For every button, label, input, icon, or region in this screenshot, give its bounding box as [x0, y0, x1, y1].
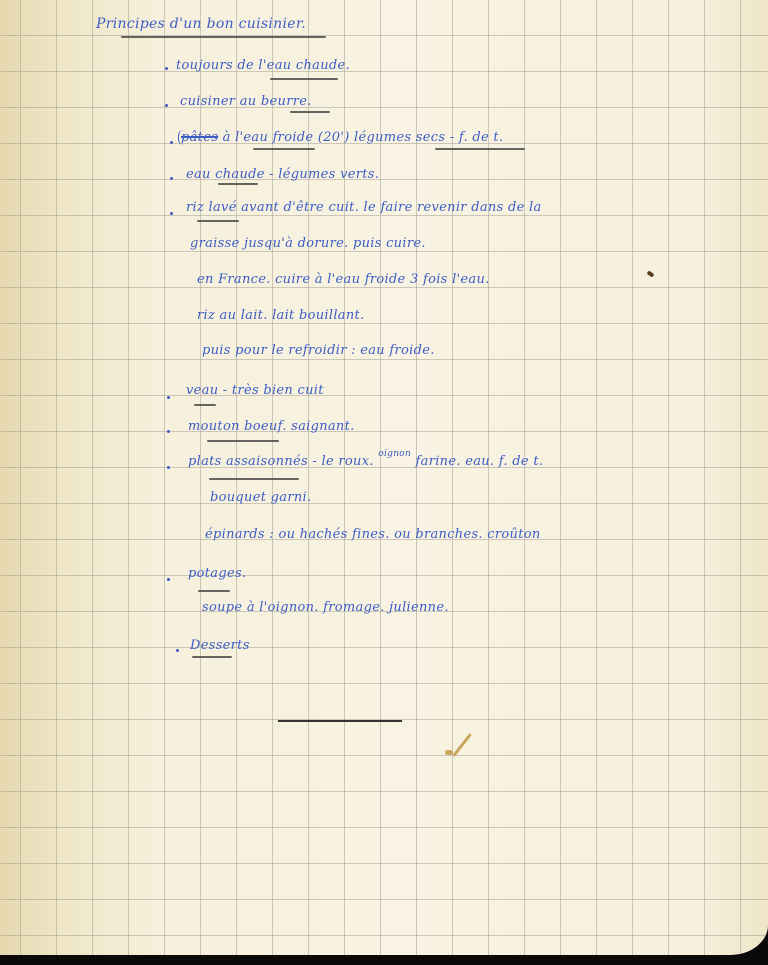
underline	[207, 440, 279, 442]
note-line: puis pour le refroidir : eau froide.	[202, 343, 435, 359]
note-line: soupe à l'oignon. fromage. julienne.	[202, 600, 449, 616]
note-line: plats assaisonnés - le roux. oignon fari…	[188, 454, 543, 471]
bullet	[167, 578, 170, 581]
bullet	[167, 396, 170, 399]
note-line: en France. cuire à l'eau froide 3 fois l…	[197, 272, 490, 288]
underline	[209, 478, 299, 480]
bullet	[167, 430, 170, 433]
page-title: Principes d'un bon cuisinier.	[96, 16, 306, 32]
note-line: épinards : ou hachés fines. ou branches.…	[205, 527, 541, 543]
bullet	[176, 649, 179, 652]
bullet	[170, 141, 173, 144]
underline	[270, 78, 338, 80]
bullet	[167, 466, 170, 469]
note-line: cuisiner au beurre.	[180, 94, 312, 110]
closing-separator-line	[278, 720, 402, 722]
struck-word: pâtes	[178, 130, 218, 145]
underline	[198, 590, 230, 592]
superscript-note: oignon	[378, 449, 411, 459]
underline	[435, 148, 525, 150]
note-line: pâtes à l'eau froide (20') légumes secs …	[178, 130, 503, 146]
note-line: veau - très bien cuit	[186, 383, 324, 399]
note-line: mouton boeuf. saignant.	[188, 419, 355, 435]
bullet	[170, 177, 173, 180]
underline	[192, 656, 232, 658]
note-line: graisse jusqu'à dorure. puis cuire.	[190, 236, 426, 252]
bullet	[170, 212, 173, 215]
title-underline	[121, 36, 326, 38]
note-line: riz au lait. lait bouillant.	[197, 308, 364, 324]
note-line: bouquet garni.	[210, 490, 311, 506]
underline	[290, 111, 330, 113]
underline	[197, 220, 239, 222]
bullet	[165, 104, 168, 107]
notebook-page: Principes d'un bon cuisinier. toujours d…	[0, 0, 768, 955]
note-line: toujours de l'eau chaude.	[176, 58, 350, 74]
underline	[253, 148, 315, 150]
note-line: eau chaude - légumes verts.	[186, 167, 379, 183]
underline	[194, 404, 216, 406]
underline	[218, 183, 258, 185]
pencil-tick-mark	[445, 750, 453, 755]
note-line: Desserts	[190, 638, 250, 654]
note-line: potages.	[188, 566, 246, 582]
note-line: riz lavé avant d'être cuit. le faire rev…	[186, 200, 542, 216]
bullet	[165, 67, 168, 70]
